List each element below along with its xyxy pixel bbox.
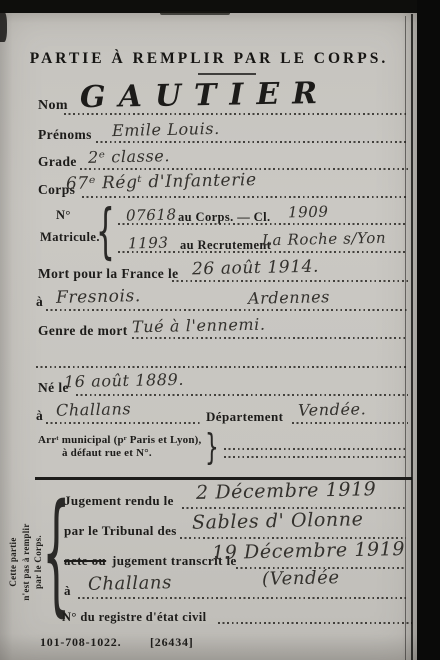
jugement-lieu-dotted-line	[78, 597, 406, 599]
scan-left-smudge	[0, 12, 7, 42]
arrondissement-label-line2: à défaut rue et N°.	[62, 447, 152, 459]
au-corps-label: au Corps. — Cl.	[178, 210, 270, 225]
prenoms-dotted-line	[96, 141, 408, 143]
nom-label: Nom	[38, 98, 68, 114]
matricule-recrutement-place: La Roche s/Yon	[262, 229, 387, 250]
tribunal-value: Sables d' Olonne	[192, 508, 364, 534]
mort-label: Mort pour la France le	[38, 266, 179, 282]
paper-edge-line	[411, 14, 413, 660]
genre-mort-value: Tué à l'ennemi.	[132, 315, 266, 337]
scan-right-edge	[417, 0, 440, 660]
registre-dotted-line	[218, 622, 412, 624]
matricule-corps-number: 07618	[126, 205, 177, 224]
record-card-paper: PARTIE À REMPLIR PAR LE CORPS. Nom GAUTI…	[0, 10, 418, 660]
transcrit-value: 19 Décembre 1919	[212, 538, 405, 564]
arrondissement-brace: }	[205, 430, 219, 466]
jugement-lieu-departement: (Vendée	[262, 567, 340, 590]
naissance-label: à	[36, 408, 43, 424]
ne-le-value: 16 août 1889.	[64, 370, 184, 392]
scan-top-edge-blob	[160, 11, 230, 15]
genre-mort-dotted-line	[132, 337, 408, 339]
mort-date-value: 26 août 1914.	[192, 257, 319, 280]
mort-dotted-line	[172, 280, 408, 282]
jugement-rendu-value: 2 Décembre 1919	[196, 478, 377, 504]
footer-batch-number: [26434]	[150, 635, 194, 650]
footer-reference: 101-708-1022.	[40, 635, 121, 650]
corps-value: 67ᵉ Régᵗ d'Infanterie	[66, 170, 257, 194]
tribunal-label: par le Tribunal des	[64, 523, 177, 539]
title-underline	[198, 73, 256, 75]
lieu-mort-label: à	[36, 294, 43, 310]
prenoms-value: Emile Louis.	[112, 119, 220, 140]
grade-value: 2ᵉ classe.	[88, 146, 170, 167]
matricule-classe-year: 1909	[288, 203, 329, 222]
naissance-dotted-line-right	[292, 422, 408, 424]
naissance-dotted-line-left	[46, 422, 200, 424]
naissance-departement: Vendée.	[298, 399, 367, 419]
form-title: PARTIE À REMPLIR PAR LE CORPS.	[0, 50, 418, 68]
lieu-mort-commune: Fresnois.	[56, 286, 141, 308]
registre-label: N° du registre d'état civil	[62, 610, 207, 625]
matricule-label-line2: Matricule.	[40, 230, 100, 245]
nom-value: GAUTIER	[80, 76, 331, 115]
matricule-brace: {	[96, 202, 115, 261]
arrondissement-dotted-line-2	[224, 456, 406, 458]
arrondissement-label-line1: Arrᵗ municipal (pʳ Paris et Lyon),	[38, 434, 201, 446]
lieu-mort-dotted-line	[46, 309, 408, 311]
arrondissement-dotted-line-1	[224, 448, 406, 450]
jugement-lieu-label: à	[64, 583, 71, 599]
genre-mort-label: Genre de mort	[38, 323, 128, 339]
grade-label: Grade	[38, 154, 77, 170]
side-note-line1: Cette partie	[8, 537, 18, 586]
lieu-mort-departement: Ardennes	[248, 287, 330, 308]
ne-le-dotted-line	[76, 394, 408, 396]
paper-fold-line	[405, 16, 406, 660]
blank-dotted-line	[36, 366, 408, 368]
naissance-commune: Challans	[56, 399, 132, 420]
transcrit-label-struck: acte ou	[64, 553, 106, 569]
jugement-lieu-commune: Challans	[88, 572, 172, 595]
departement-label: Département	[206, 409, 283, 425]
side-note-line2: n'est pas à remplir	[21, 523, 31, 600]
corps-dotted-line	[82, 196, 408, 198]
matricule-label-line1: N°	[56, 208, 71, 223]
matricule-recrutement-number: 1193	[128, 234, 169, 253]
au-recrutement-label: au Recrutement	[180, 238, 271, 253]
prenoms-label: Prénoms	[38, 127, 92, 143]
jugement-rendu-label: Jugement rendu le	[64, 493, 174, 509]
